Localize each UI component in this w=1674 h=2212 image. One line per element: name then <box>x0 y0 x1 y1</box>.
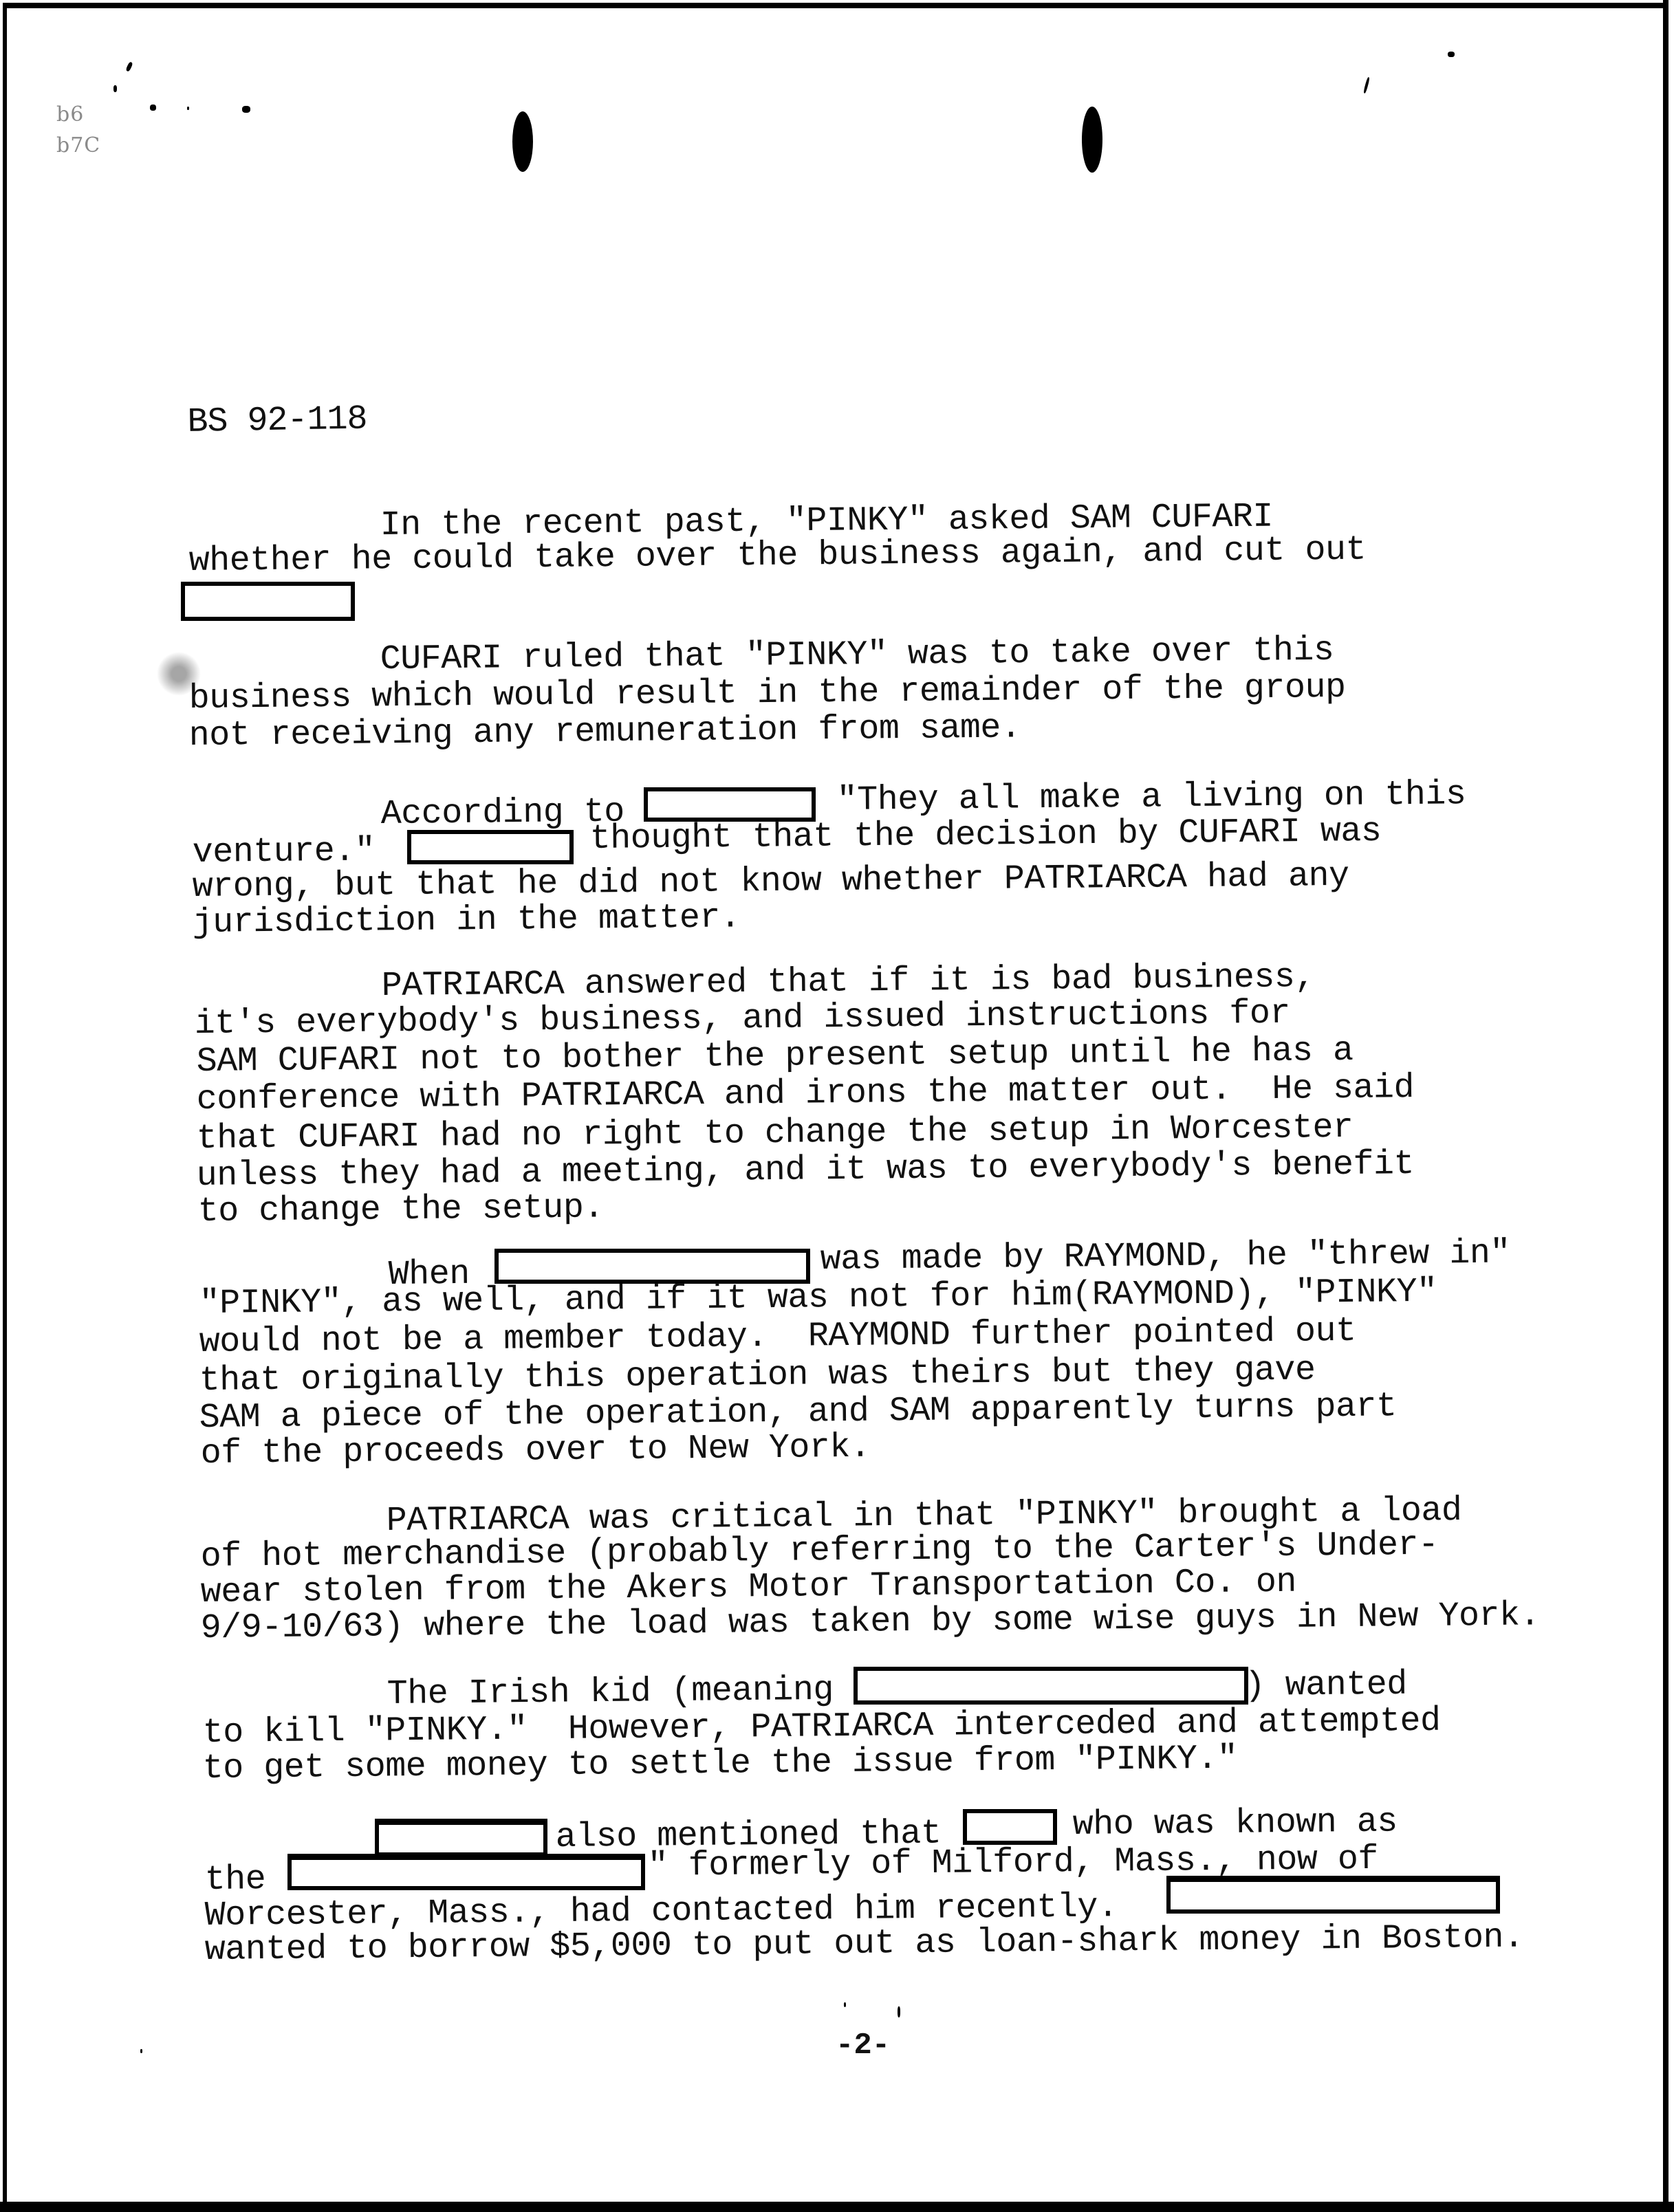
scan-border-left <box>3 3 7 2210</box>
scan-border-top <box>3 3 1667 8</box>
text-line: to get some money to settle the issue fr… <box>203 1742 1238 1786</box>
scan-speck-icon <box>140 2049 142 2053</box>
text-line: wrong, but that he did not know whether … <box>193 859 1349 905</box>
text-line: the <box>205 1863 266 1898</box>
text-line: thought that the decision by CUFARI was <box>590 815 1382 857</box>
text-line: jurisdiction in the matter. <box>193 901 741 941</box>
redaction-box <box>407 830 574 864</box>
text-line: was made by RAYMOND, he "threw in" <box>820 1236 1511 1278</box>
scan-speck-icon <box>1448 52 1455 57</box>
scan-speck-icon <box>113 85 117 92</box>
scan-speck-icon <box>898 2006 900 2017</box>
text-line: who was known as <box>1073 1805 1398 1843</box>
redaction-box <box>375 1819 547 1857</box>
scan-border-bottom <box>0 2202 1674 2212</box>
page-number: -2- <box>836 2030 890 2061</box>
redaction-box <box>854 1667 1248 1705</box>
scan-speck-icon <box>1363 77 1370 94</box>
document-page: b6 b7C BS 92-118 In the recent past, "PI… <box>0 0 1674 2212</box>
text-line: The Irish kid (meaning <box>387 1674 834 1712</box>
text-line: to change the setup. <box>198 1191 605 1229</box>
scan-speck-icon <box>242 106 250 113</box>
scan-speck-icon <box>187 107 189 110</box>
scan-speck-icon <box>150 105 156 111</box>
scan-speck-icon <box>125 61 133 72</box>
scan-speck-icon <box>844 2002 846 2007</box>
scan-border-right <box>1663 0 1668 2212</box>
text-line: of the proceeds over to New York. <box>201 1431 871 1471</box>
text-line: whether he could take over the business … <box>189 534 1367 579</box>
exemption-code-b7c: b7C <box>56 135 100 156</box>
redaction-box <box>181 582 355 621</box>
redaction-box <box>1166 1876 1500 1914</box>
text-line: ) wanted <box>1245 1668 1408 1704</box>
text-line: venture." <box>193 834 376 870</box>
text-line: unless they had a meeting, and it was to… <box>197 1148 1415 1194</box>
redaction-box <box>287 1854 645 1890</box>
text-line: not receiving any remuneration from same… <box>189 711 1021 754</box>
redaction-box <box>963 1809 1057 1845</box>
redaction-box <box>644 787 816 822</box>
text-line: business which would result in the remai… <box>189 671 1346 716</box>
file-number: BS 92-118 <box>187 402 367 440</box>
exemption-code-b6: b6 <box>56 105 84 125</box>
punch-hole-right-icon <box>1082 107 1102 173</box>
punch-hole-left-icon <box>512 111 533 172</box>
text-line: According to <box>381 796 625 832</box>
